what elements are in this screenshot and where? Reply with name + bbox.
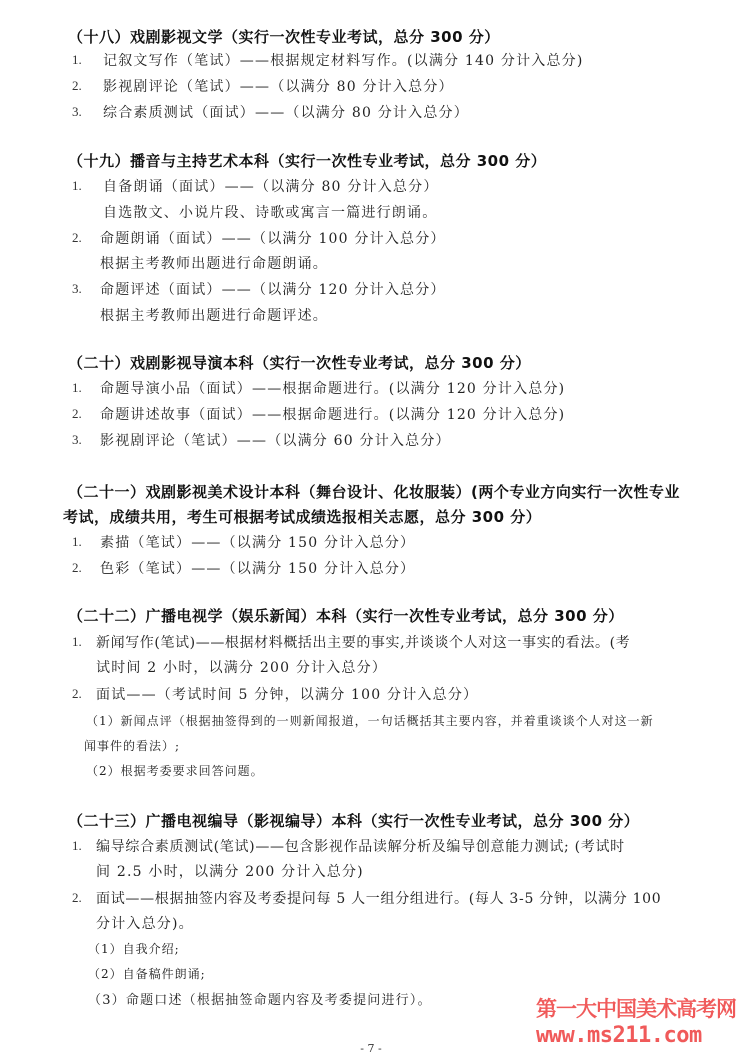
- item-text: 综合素质测试（面试）——（以满分 80 分计入总分）: [103, 102, 469, 122]
- sub-item: （2）根据考委要求回答问题。: [86, 762, 264, 779]
- item-detail: 根据主考教师出题进行命题朗诵。: [100, 253, 328, 273]
- sub-item: （3）命题口述（根据抽签命题内容及考委提问进行）。: [88, 989, 432, 1008]
- section-title-18: （十八）戏剧影视文学（实行一次性专业考试，总分 300 分）: [68, 26, 500, 47]
- item-number: 1.: [72, 838, 82, 854]
- item-number: 2.: [72, 230, 82, 246]
- section-title-22: （二十二）广播电视学（娱乐新闻）本科（实行一次性专业考试，总分 300 分）: [68, 605, 624, 626]
- item-number: 2.: [72, 78, 82, 94]
- item-number: 2.: [72, 890, 82, 906]
- item-number: 1.: [72, 634, 82, 650]
- item-number: 1.: [72, 178, 82, 194]
- sub-item: （1）新闻点评（根据抽签得到的一则新闻报道，一句话概括其主要内容，并着重谈谈个人…: [86, 712, 654, 729]
- sub-item-cont: 闻事件的看法）;: [84, 737, 180, 754]
- section-title-20: （二十）戏剧影视导演本科（实行一次性专业考试，总分 300 分）: [68, 352, 531, 373]
- item-number: 2.: [72, 560, 82, 576]
- document-page: （十八）戏剧影视文学（实行一次性专业考试，总分 300 分） 1. 记叙文写作（…: [0, 0, 742, 1063]
- sub-item: （1）自我介绍;: [88, 940, 180, 957]
- item-text: 记叙文写作（笔试）——根据规定材料写作。(以满分 140 分计入总分): [103, 50, 584, 70]
- item-text-cont: 分计入总分)。: [96, 913, 194, 933]
- item-text: 命题朗诵（面试）——（以满分 100 分计入总分）: [100, 228, 446, 248]
- item-detail: 根据主考教师出题进行命题评述。: [100, 305, 328, 325]
- item-text: 新闻写作(笔试)——根据材料概括出主要的事实,并谈谈个人对这一事实的看法。(考: [96, 632, 630, 652]
- item-text: 命题评述（面试）——（以满分 120 分计入总分）: [100, 279, 446, 299]
- watermark-title: 第一大中国美术高考网: [536, 993, 736, 1023]
- item-text: 面试——根据抽签内容及考委提问每 5 人一组分组进行。(每人 3-5 分钟，以满…: [96, 888, 661, 908]
- item-number: 3.: [72, 281, 82, 297]
- section-title-23: （二十三）广播电视编导（影视编导）本科（实行一次性专业考试，总分 300 分）: [68, 810, 639, 831]
- item-text: 素描（笔试）——（以满分 150 分计入总分）: [100, 532, 415, 552]
- section-title-21-cont: 考试，成绩共用，考生可根据考试成绩选报相关志愿，总分 300 分）: [63, 506, 541, 527]
- item-text: 影视剧评论（笔试）——（以满分 80 分计入总分）: [103, 76, 454, 96]
- item-text: 影视剧评论（笔试）——（以满分 60 分计入总分）: [100, 430, 451, 450]
- watermark-url: www.ms211.com: [536, 1023, 702, 1048]
- item-text: 色彩（笔试）——（以满分 150 分计入总分）: [100, 558, 415, 578]
- item-text: 面试——（考试时间 5 分钟，以满分 100 分计入总分）: [96, 684, 478, 704]
- item-number: 1.: [72, 380, 82, 396]
- item-text: 编导综合素质测试(笔试)——包含影视作品读解分析及编导创意能力测试; (考试时: [96, 836, 625, 856]
- item-number: 3.: [72, 104, 82, 120]
- sub-item: （2）自备稿件朗诵;: [88, 965, 206, 982]
- item-text-cont: 试时间 2 小时，以满分 200 分计入总分）: [96, 657, 387, 677]
- item-text: 命题导演小品（面试）——根据命题进行。(以满分 120 分计入总分): [100, 378, 565, 398]
- item-number: 1.: [72, 534, 82, 550]
- section-title-21: （二十一）戏剧影视美术设计本科（舞台设计、化妆服装）(两个专业方向实行一次性专业: [68, 481, 680, 502]
- item-text-cont: 间 2.5 小时，以满分 200 分计入总分): [96, 861, 364, 881]
- item-number: 2.: [72, 406, 82, 422]
- item-detail: 自选散文、小说片段、诗歌或寓言一篇进行朗诵。: [103, 202, 437, 222]
- section-title-19: （十九）播音与主持艺术本科（实行一次性专业考试，总分 300 分）: [68, 150, 546, 171]
- item-number: 1.: [72, 52, 82, 68]
- item-text: 自备朗诵（面试）——（以满分 80 分计入总分）: [103, 176, 439, 196]
- item-number: 3.: [72, 432, 82, 448]
- item-text: 命题讲述故事（面试）——根据命题进行。(以满分 120 分计入总分): [100, 404, 565, 424]
- item-number: 2.: [72, 686, 82, 702]
